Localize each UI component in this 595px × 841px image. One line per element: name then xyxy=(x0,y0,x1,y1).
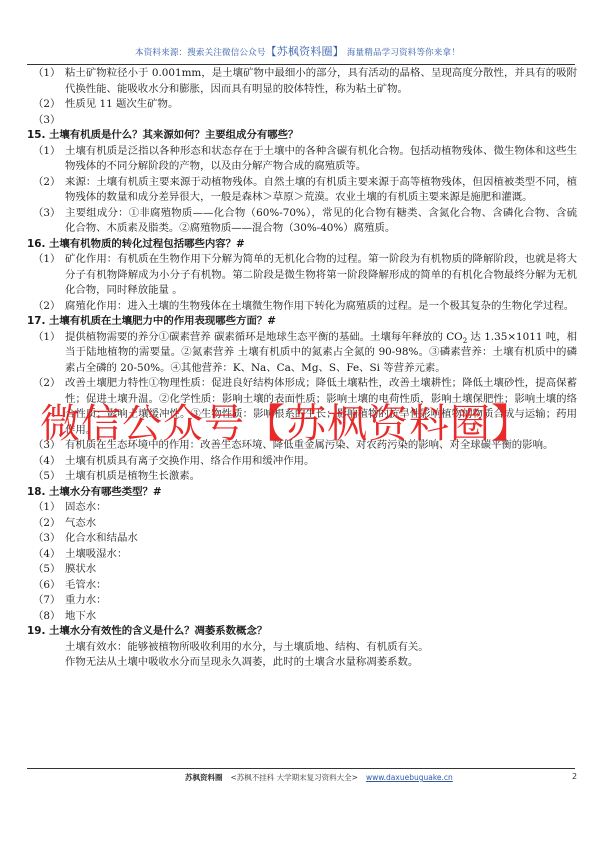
item-number: （3） xyxy=(27,531,65,547)
item-number: （2） xyxy=(27,299,65,315)
list-item: （7）重力水： xyxy=(27,593,577,609)
list-item: （1）提供植物需要的养分①碳素营养 碳素循环是地球生态平衡的基础。土壤每年释放的… xyxy=(27,330,577,377)
item-number: （4） xyxy=(27,454,65,470)
item-number: （5） xyxy=(27,562,65,578)
item-number: （6） xyxy=(27,578,65,594)
list-item: （2）气态水 xyxy=(27,516,577,532)
page-number: 2 xyxy=(572,772,577,781)
item-text: 土壤有机质具有离子交换作用、络合作用和缓冲作用。 xyxy=(65,454,577,470)
paragraph: 作物无法从土壤中吸收水分而呈现永久凋萎，此时的土壤含水量称凋萎系数。 xyxy=(27,655,577,671)
item-number: （1） xyxy=(27,500,65,516)
item-text: 化合水和结晶水 xyxy=(65,531,577,547)
item-text: 重力水： xyxy=(65,593,577,609)
footer-link[interactable]: www.daxuebuguake.cn xyxy=(366,773,453,782)
list-item: （4）土壤吸湿水： xyxy=(27,547,577,563)
item-text: 地下水 xyxy=(65,609,577,625)
list-item: （2）腐殖化作用：进入土壤的生物残体在土壤微生物作用下转化为腐殖质的过程。是一个… xyxy=(27,299,577,315)
question-heading-16: 16. 土壤有机物质的转化过程包括哪些内容？# xyxy=(27,237,577,253)
item-text: 来源：土壤有机质主要来源于动植物残体。自然土壤的有机质主要来源于高等植物残体，但… xyxy=(65,175,577,206)
list-item: （3） xyxy=(27,113,577,129)
item-number: （2） xyxy=(27,175,65,206)
list-item: （2）性质见 11 题次生矿物。 xyxy=(27,97,577,113)
question-heading-19: 19. 土壤水分有效性的含义是什么？凋萎系数概念？ xyxy=(27,624,577,640)
list-item: （3）主要组成分：①非腐殖物质——化合物（60%-70%），常见的化合物有糖类、… xyxy=(27,206,577,237)
item-text-part: 提供植物需要的养分①碳素营养 碳素循环是地球生态平衡的基础。土壤每年释放的 CO xyxy=(65,331,463,343)
list-item: （3）化合水和结晶水 xyxy=(27,531,577,547)
document-body: （1）粘土矿物粒径小于 0.001mm，是土壤矿物中最细小的部分，具有活动的晶格… xyxy=(27,66,577,671)
item-text: 性质见 11 题次生矿物。 xyxy=(65,97,577,113)
question-heading-15: 15. 土壤有机质是什么？其来源如何？主要组成分有哪些？ xyxy=(27,128,577,144)
item-text: 土壤有机质是泛指以各种形态和状态存在于土壤中的各种含碳有机化合物。包括动植物残体… xyxy=(65,144,577,175)
list-item: （5）膜状水 xyxy=(27,562,577,578)
list-item: （1）矿化作用：有机质在生物作用下分解为简单的无机化合物的过程。第一阶段为有机物… xyxy=(27,252,577,299)
item-number: （3） xyxy=(27,206,65,237)
item-number: （1） xyxy=(27,252,65,299)
item-number: （1） xyxy=(27,144,65,175)
list-item: （6）毛管水： xyxy=(27,578,577,594)
list-item: （4）土壤有机质具有离子交换作用、络合作用和缓冲作用。 xyxy=(27,454,577,470)
banner-prefix: 本资料来源：搜索关注微信公众号 xyxy=(135,48,266,58)
item-text: 土壤吸湿水： xyxy=(65,547,577,563)
item-text: 土壤有机质是植物生长激素。 xyxy=(65,469,577,485)
list-item: （5）土壤有机质是植物生长激素。 xyxy=(27,469,577,485)
header-divider xyxy=(27,64,575,65)
paragraph: 土壤有效水：能够被植物所吸收利用的水分，与土壤质地、结构、有机质有关。 xyxy=(27,640,577,656)
footer-brand: 苏枫资料圈 xyxy=(185,773,223,782)
question-heading-17: 17. 土壤有机质在土壤肥力中的作用表现哪些方面？# xyxy=(27,314,577,330)
item-text xyxy=(65,113,577,129)
list-item: （1）固态水： xyxy=(27,500,577,516)
item-number: （2） xyxy=(27,516,65,532)
item-text: 矿化作用：有机质在生物作用下分解为简单的无机化合物的过程。第一阶段为有机物质的降… xyxy=(65,252,577,299)
item-text: 毛管水： xyxy=(65,578,577,594)
item-text: 主要组成分：①非腐殖物质——化合物（60%-70%），常见的化合物有糖类、含氮化… xyxy=(65,206,577,237)
item-text: 气态水 xyxy=(65,516,577,532)
item-number: （7） xyxy=(27,593,65,609)
item-number: （3） xyxy=(27,113,65,129)
item-text: 膜状水 xyxy=(65,562,577,578)
item-text: 粘土矿物粒径小于 0.001mm，是土壤矿物中最细小的部分，具有活动的晶格、呈现… xyxy=(65,66,577,97)
list-item: （1）粘土矿物粒径小于 0.001mm，是土壤矿物中最细小的部分，具有活动的晶格… xyxy=(27,66,577,97)
item-number: （5） xyxy=(27,469,65,485)
item-number: （1） xyxy=(27,66,65,97)
footer-slogan: <苏枫不挂科 大学期末复习资料大全> xyxy=(231,773,358,782)
header-banner: 本资料来源：搜索关注微信公众号【苏枫资料圈】 海量精品学习资料等你来拿！ xyxy=(0,43,595,59)
item-text: 提供植物需要的养分①碳素营养 碳素循环是地球生态平衡的基础。土壤每年释放的 CO… xyxy=(65,330,577,377)
item-number: （8） xyxy=(27,609,65,625)
list-item: （8）地下水 xyxy=(27,609,577,625)
item-number: （4） xyxy=(27,547,65,563)
banner-suffix: 海量精品学习资料等你来拿！ xyxy=(344,48,460,58)
item-number: （2） xyxy=(27,97,65,113)
item-text: 固态水： xyxy=(65,500,577,516)
footer: 苏枫资料圈<苏枫不挂科 大学期末复习资料大全>www.daxuebuguake.… xyxy=(185,772,453,783)
item-text: 腐殖化作用：进入土壤的生物残体在土壤微生物作用下转化为腐殖质的过程。是一个极其复… xyxy=(65,299,577,315)
list-item: （2）来源：土壤有机质主要来源于动植物残体。自然土壤的有机质主要来源于高等植物残… xyxy=(27,175,577,206)
watermark: 微信公众号【苏枫资料圈】 xyxy=(40,392,532,449)
footer-divider xyxy=(27,768,575,769)
item-number: （1） xyxy=(27,330,65,377)
list-item: （1）土壤有机质是泛指以各种形态和状态存在于土壤中的各种含碳有机化合物。包括动植… xyxy=(27,144,577,175)
banner-brand: 【苏枫资料圈】 xyxy=(266,45,344,58)
question-heading-18: 18. 土壤水分有哪些类型？# xyxy=(27,485,577,501)
